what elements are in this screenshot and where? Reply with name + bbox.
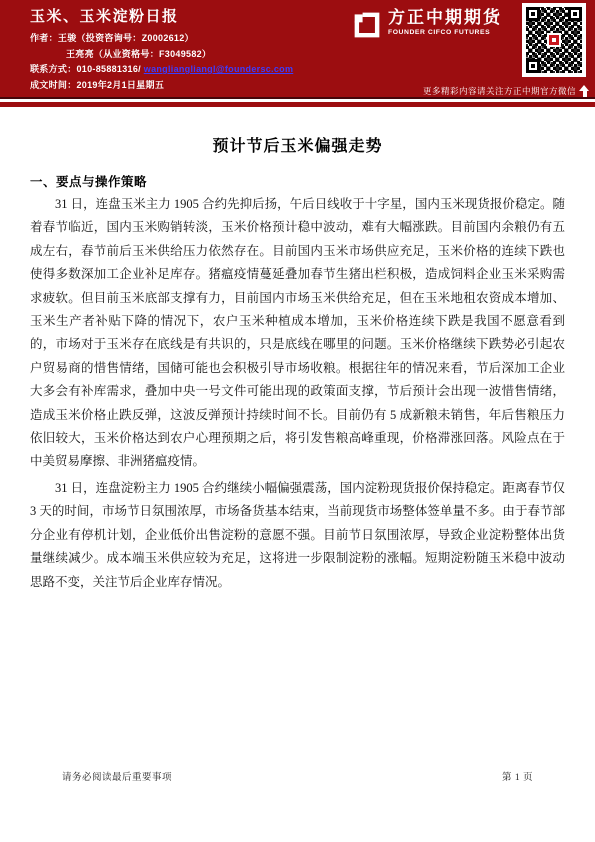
qr-finder-top-left <box>526 7 540 21</box>
document-body: 预计节后玉米偏强走势 一、要点与操作策略 31 日，连盘玉米主力 1905 合约… <box>0 107 595 594</box>
report-title: 玉米、玉米淀粉日报 <box>30 5 293 26</box>
qr-pattern <box>526 7 582 73</box>
contact-line: 联系方式：010-85881316/ wangliangliangl@found… <box>30 62 293 78</box>
header-divider-dark <box>0 97 595 99</box>
author-line-2: 王亮亮（从业资格号：F3049582） <box>30 47 293 63</box>
footer-disclaimer: 请务必阅读最后重要事项 <box>62 769 172 783</box>
qr-finder-bottom-left <box>526 59 540 73</box>
page-title: 预计节后玉米偏强走势 <box>30 133 565 156</box>
qr-center-logo <box>547 33 561 47</box>
report-page: 玉米、玉米淀粉日报 作者：王骏（投资咨询号：Z0002612） 王亮亮（从业资格… <box>0 0 595 842</box>
paragraph-corn: 31 日，连盘玉米主力 1905 合约先抑后扬，午后日线收于十字星，国内玉米现货… <box>30 193 565 474</box>
header-meta-block: 玉米、玉米淀粉日报 作者：王骏（投资咨询号：Z0002612） 王亮亮（从业资格… <box>30 5 293 93</box>
qr-code <box>522 3 586 77</box>
section-heading-1: 一、要点与操作策略 <box>30 172 565 190</box>
wechat-note-text: 更多精彩内容请关注方正中期官方微信 <box>423 85 576 97</box>
arrow-up-icon <box>579 85 590 97</box>
header-band: 玉米、玉米淀粉日报 作者：王骏（投资咨询号：Z0002612） 王亮亮（从业资格… <box>0 0 595 97</box>
brand-name-cn: 方正中期期货 <box>388 8 502 28</box>
date-line: 成文时间：2019年2月1日星期五 <box>30 78 293 94</box>
brand-name-en: FOUNDER CIFCO FUTURES <box>388 29 502 36</box>
paragraph-starch: 31 日，连盘淀粉主力 1905 合约继续小幅偏强震荡，国内淀粉现货报价保持稳定… <box>30 477 565 594</box>
page-footer: 请务必阅读最后重要事项 第 1 页 <box>62 769 533 783</box>
qr-finder-top-right <box>568 7 582 21</box>
author-line-1: 作者：王骏（投资咨询号：Z0002612） <box>30 31 293 47</box>
brand-block: 方正中期期货 FOUNDER CIFCO FUTURES <box>352 8 502 40</box>
founder-logo-icon <box>352 10 382 40</box>
email-link[interactable]: wangliangliangl@foundersc.com <box>144 64 294 74</box>
contact-prefix: 联系方式：010-85881316/ <box>30 64 144 74</box>
wechat-note: 更多精彩内容请关注方正中期官方微信 <box>423 84 590 97</box>
page-number: 第 1 页 <box>502 769 533 783</box>
brand-text: 方正中期期货 FOUNDER CIFCO FUTURES <box>388 8 502 36</box>
